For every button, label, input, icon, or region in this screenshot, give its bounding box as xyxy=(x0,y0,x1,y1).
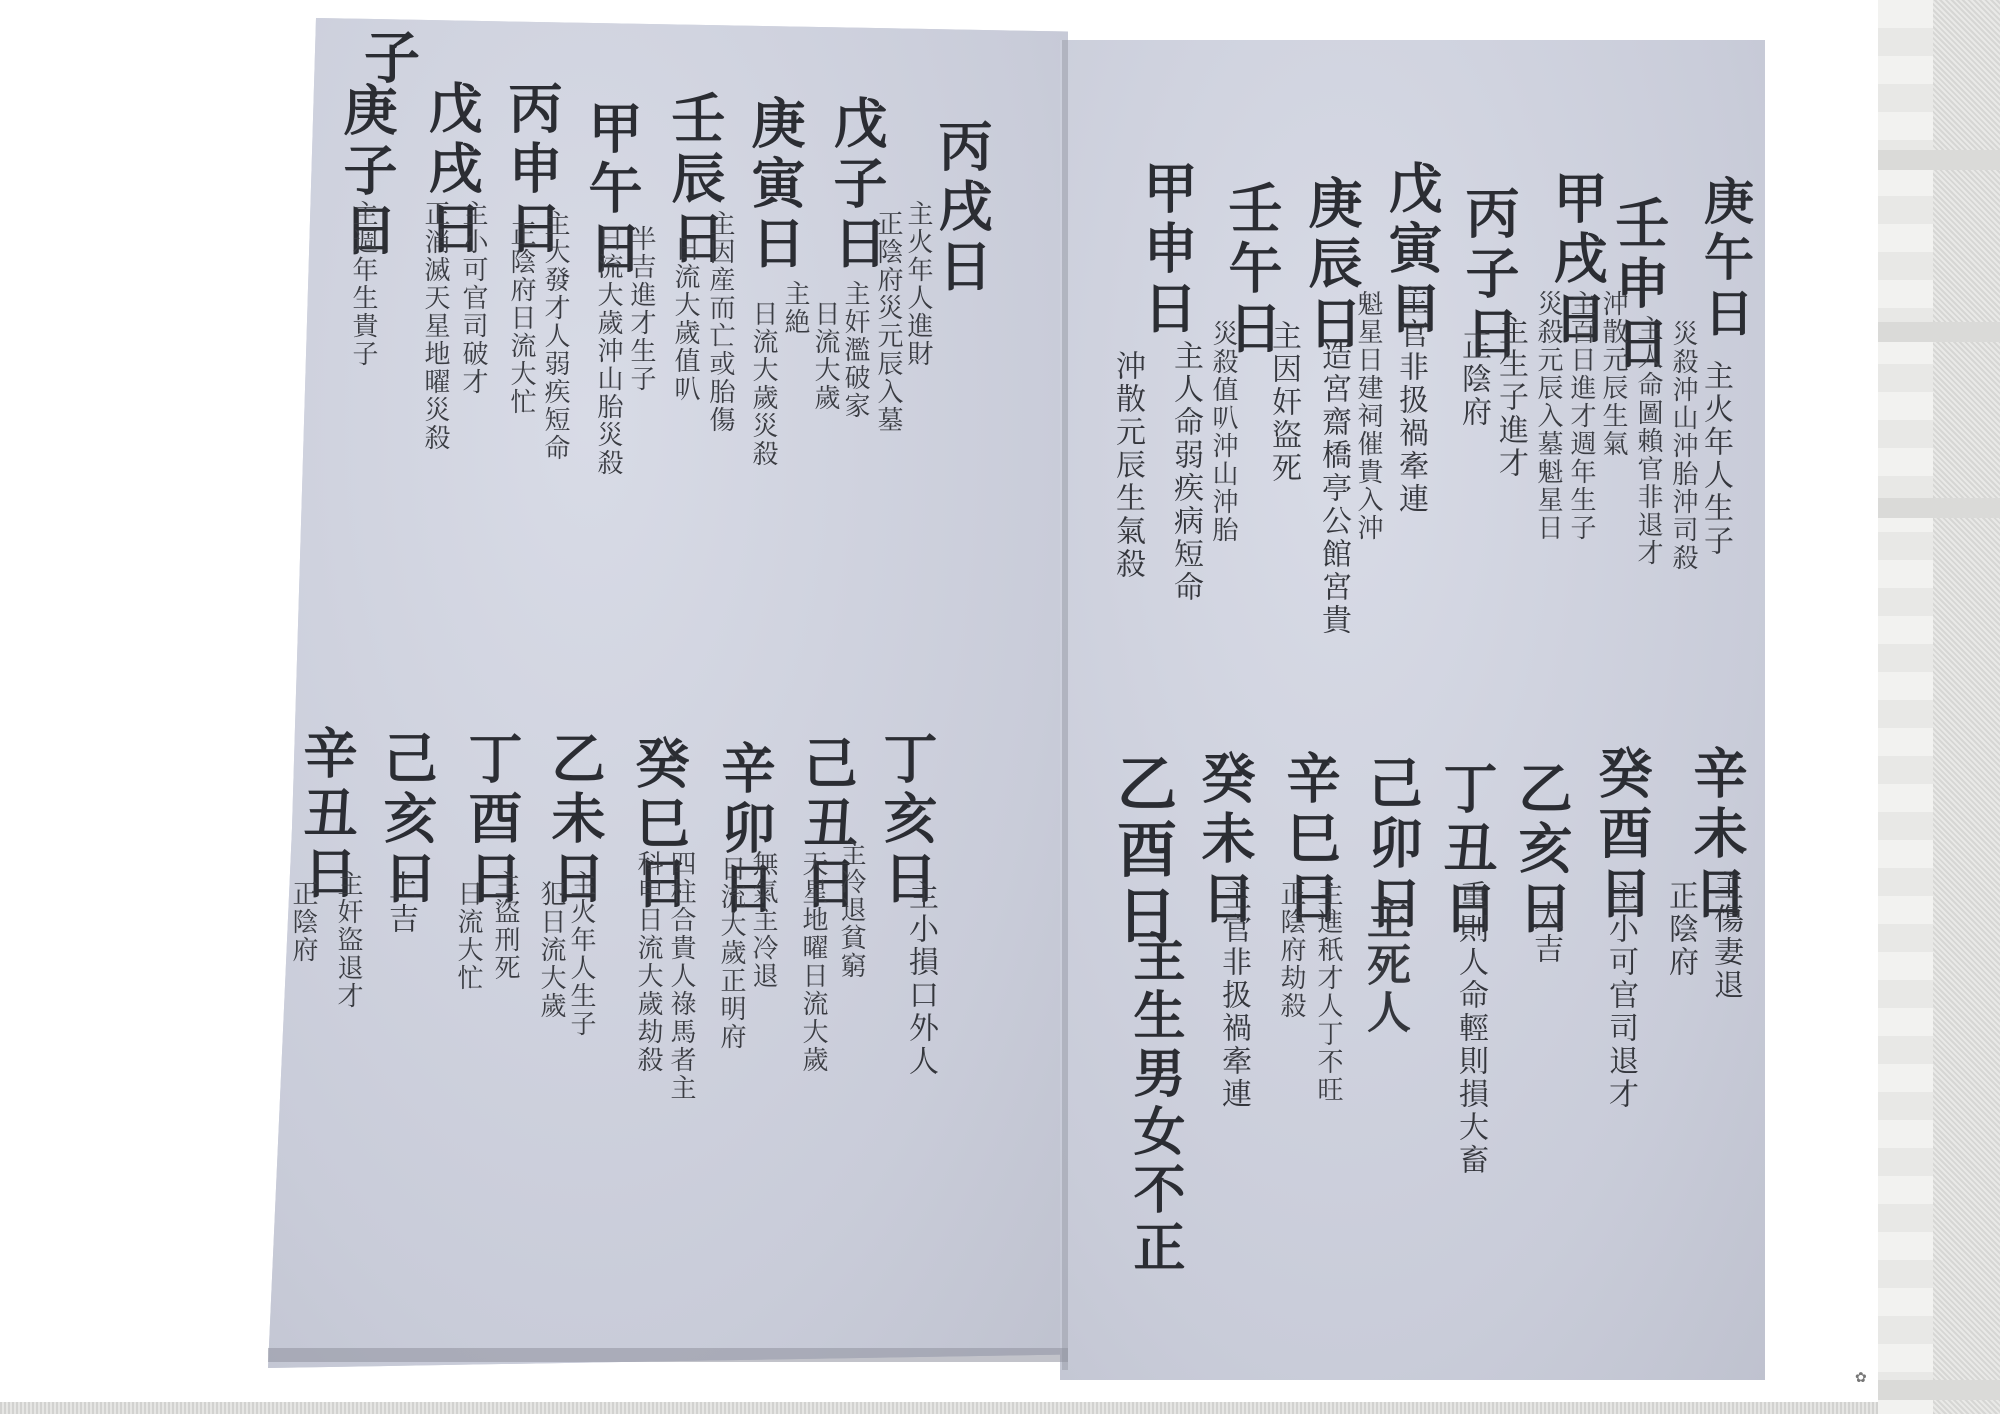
day-note: 日流大歲沖山胎災殺 xyxy=(595,225,621,477)
day-note: 主火年人生子 xyxy=(1700,360,1730,558)
day-note: 主生子進才 xyxy=(1495,315,1525,480)
left-page-bottom-edge xyxy=(268,1348,1068,1362)
day-note: 科甲日流大歲劫殺 xyxy=(635,850,661,1074)
day-note: 造宮齋橋亭公館宮貴 xyxy=(1318,340,1348,637)
day-note: 主盜刑死 xyxy=(492,870,518,982)
day-note: 主因産而亡或胎傷 xyxy=(707,210,733,434)
scan-artifact: ✿ xyxy=(1855,1370,1867,1386)
day-note: 正陰府 xyxy=(290,880,316,964)
day-note: 主奸盜退才 xyxy=(335,870,361,1010)
day-note: 主官非扱禍牽連 xyxy=(1218,880,1248,1111)
day-note: 日流大歲正明府 xyxy=(718,855,744,1051)
day-heading: 丙戌日 xyxy=(935,118,989,298)
binder-band xyxy=(1878,322,2000,342)
day-note: 四柱合貴人祿馬者主 xyxy=(668,850,694,1102)
day-note: 主官非扱禍牽連 xyxy=(1395,285,1425,516)
day-note: 沖散元辰生氣殺 xyxy=(1112,350,1142,581)
day-note: 主火年人進財 xyxy=(905,200,931,368)
day-note: 主小可官司退才 xyxy=(1605,880,1635,1111)
day-note: 犯日流大歲 xyxy=(538,880,564,1020)
day-note: 上吉 xyxy=(385,870,415,936)
day-note: 主火年人生子 xyxy=(568,870,594,1038)
day-note: 主小損口外人 xyxy=(905,880,935,1078)
day-heading: 庚辰日 xyxy=(1305,175,1359,355)
day-note: 正陰府 xyxy=(1458,330,1488,429)
day-note: 主奸濫破家 xyxy=(842,280,868,420)
day-note: 主死人 xyxy=(1362,895,1406,1036)
day-note: 半吉進才生子 xyxy=(628,225,654,393)
day-note: 主進秖才人丁不旺 xyxy=(1315,880,1341,1104)
day-note: 災殺值叭沖山沖胎 xyxy=(1210,320,1236,544)
day-heading: 甲申日 xyxy=(1140,160,1194,340)
day-note: 日流大忙 xyxy=(455,880,481,992)
day-note: 主大發才人弱疾短命 xyxy=(542,210,568,462)
book-spine xyxy=(1062,40,1068,1370)
day-heading: 庚寅日 xyxy=(748,95,802,275)
day-note: 正陰府 xyxy=(1665,880,1695,979)
day-note: 災殺沖山沖胎沖司殺 xyxy=(1670,320,1696,572)
day-note: 大吉 xyxy=(1530,900,1560,966)
day-note: 正陰府劫殺 xyxy=(1278,880,1304,1020)
binder-band xyxy=(1878,150,2000,170)
binder-band xyxy=(1878,498,2000,518)
day-note: 主因奸盜死 xyxy=(1268,320,1298,485)
binder-mesh xyxy=(1933,0,2000,1414)
day-heading: 庚午日 xyxy=(1700,175,1750,343)
day-note: 日流大歲災殺 xyxy=(750,300,776,468)
day-note: 主冷退貧窮 xyxy=(838,840,864,980)
day-note: 日流大歲 xyxy=(812,300,838,412)
corner-character: 子 xyxy=(348,28,428,84)
day-note: 天星地曜日流大歲 xyxy=(800,850,826,1074)
binder-band xyxy=(1878,1380,2000,1400)
day-heading: 戊子日 xyxy=(830,95,884,275)
day-heading: 乙酉日 xyxy=(1112,752,1172,950)
day-note: 主人命弱疾病短命 xyxy=(1170,340,1200,604)
scanner-bottom-edge xyxy=(0,1402,1878,1414)
day-note: 無氣主冷退 xyxy=(750,850,776,990)
day-note: 重則人命輕則損大畜 xyxy=(1455,880,1485,1177)
day-note: 主週年生貴子 xyxy=(350,200,376,368)
day-note: 正消滅天星地曜災殺 xyxy=(422,200,448,452)
day-note: 災殺元辰入墓魁星日 xyxy=(1535,290,1561,542)
binder-sleeve xyxy=(1878,0,2000,1414)
day-note: 主傷妻退 xyxy=(1710,870,1740,1002)
day-note: 主人命圖賴官非退才 xyxy=(1635,315,1661,567)
day-note: 正陰府日流大忙 xyxy=(508,220,534,416)
day-note: 日流大歲值叭 xyxy=(672,235,698,403)
day-note: 主生男女不正 xyxy=(1128,930,1180,1278)
day-note: 主絶 xyxy=(782,280,808,336)
day-note: 主小可官司破才 xyxy=(460,200,486,396)
binder-rail xyxy=(1878,0,1933,1414)
day-note: 主百日進才週年生子 xyxy=(1568,290,1594,542)
